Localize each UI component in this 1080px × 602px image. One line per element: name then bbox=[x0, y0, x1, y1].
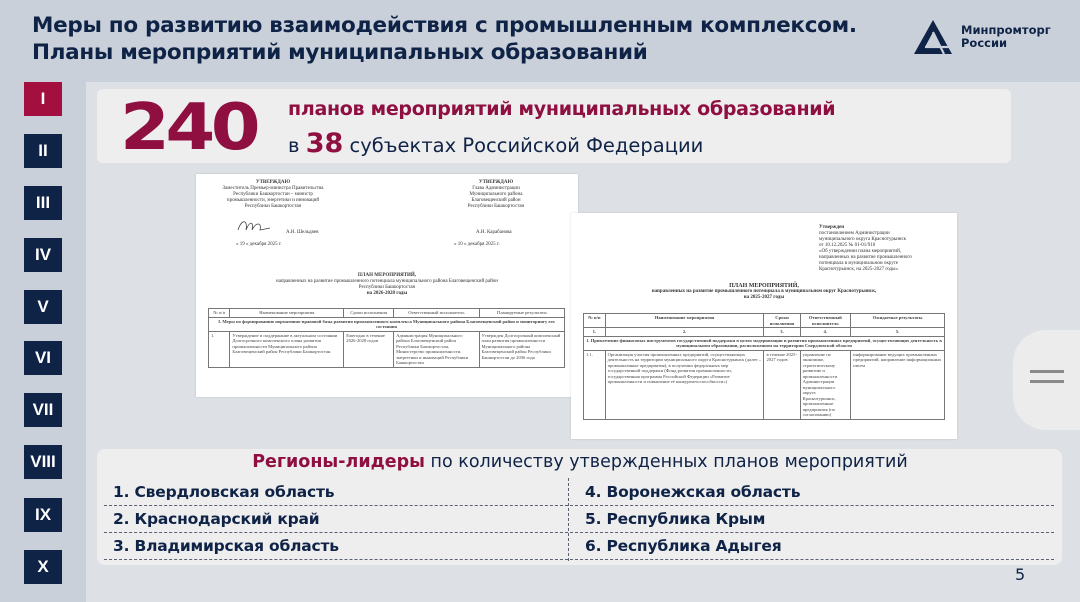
date-left: « 19 » декабря 2025 г. bbox=[236, 242, 282, 248]
table-cell: 5. bbox=[851, 328, 945, 337]
region-item: 2. Краснодарский край bbox=[113, 510, 319, 528]
logo-text: Минпромторг России bbox=[961, 24, 1051, 50]
table-cell: Утвержден Долгосрочный комплексный план … bbox=[479, 331, 564, 367]
table-cell: Ожидаемые результаты bbox=[851, 314, 945, 328]
document-plan-krasnoturinsk: Утвержден постановлением Администрацииму… bbox=[571, 213, 957, 439]
nav-section-3[interactable]: III bbox=[24, 186, 62, 220]
nav-section-7[interactable]: VII bbox=[24, 393, 62, 427]
region-item: 5. Республика Крым bbox=[585, 510, 765, 528]
leaders-title-highlight: Регионы-лидеры bbox=[252, 452, 425, 472]
plan-period: на 2026-2028 годы bbox=[196, 291, 578, 297]
table-cell: в течение 2025-2027 годов bbox=[764, 350, 800, 419]
table-cell: 2. bbox=[605, 328, 764, 337]
logo-line-2: России bbox=[961, 37, 1051, 50]
table-cell: 4. bbox=[800, 328, 851, 337]
table-cell: Сроки исполнения bbox=[344, 309, 394, 318]
signature-left bbox=[234, 218, 274, 239]
divider bbox=[104, 559, 1054, 560]
table-cell: № п/п bbox=[209, 309, 230, 318]
plan-period: на 2025-2027 годы bbox=[571, 295, 957, 301]
page-title: Меры по развитию взаимодействия с промыш… bbox=[32, 12, 857, 66]
stat-caption: планов мероприятий муниципальных образов… bbox=[288, 98, 835, 120]
nav-section-2[interactable]: II bbox=[24, 134, 62, 168]
title-line-2: Планы мероприятий муниципальных образова… bbox=[32, 39, 857, 66]
region-item: 6. Республика Адыгея bbox=[585, 537, 781, 555]
table-cell: 1.1. bbox=[584, 350, 606, 419]
leaders-title: Регионы-лидеры по количеству утвержденны… bbox=[0, 452, 1080, 472]
table-cell: 1. bbox=[584, 328, 606, 337]
approval-right: УТВЕРЖДАЮ Глава АдминистрацииМуниципальн… bbox=[436, 180, 556, 210]
table-cell: Организация участия промышленных предпри… bbox=[605, 350, 764, 419]
table-cell: Планируемые результаты bbox=[479, 309, 564, 318]
approval-line: Республики Башкортостан bbox=[208, 204, 338, 210]
divider bbox=[104, 505, 1054, 506]
table-cell: Наименование мероприятия bbox=[230, 309, 344, 318]
nav-section-1[interactable]: I bbox=[24, 82, 62, 116]
stat-subjects: в 38 субъектах Российской Федерации bbox=[288, 128, 703, 159]
divider bbox=[568, 478, 569, 561]
table-cell: № п/п bbox=[584, 314, 606, 328]
subjects-count: 38 bbox=[306, 128, 344, 159]
page-number: 5 bbox=[1015, 565, 1025, 584]
approval-left: УТВЕРЖДАЮ Заместитель Премьер-министра П… bbox=[208, 180, 338, 210]
stat-suffix: субъектах Российской Федерации bbox=[349, 134, 703, 157]
table-section: I. Меры по формированию нормативно-право… bbox=[209, 317, 565, 331]
approval-lines: Глава АдминистрацииМуниципального района… bbox=[436, 186, 556, 210]
document-plan-bashkortostan: УТВЕРЖДАЮ Заместитель Премьер-министра П… bbox=[196, 174, 578, 397]
plan-table: № п/пНаименование мероприятияСроки испол… bbox=[583, 313, 945, 420]
signer-left: А.Н. Шельдяев bbox=[286, 230, 318, 236]
nav-section-10[interactable]: X bbox=[24, 550, 62, 584]
table-cell: Ежегодно в течение 2026-2028 годов bbox=[344, 331, 394, 367]
table-cell: информирование ведущих промышленных пред… bbox=[851, 350, 945, 419]
approval-lines: Заместитель Премьер-министра Правительст… bbox=[208, 186, 338, 210]
nav-section-6[interactable]: VI bbox=[24, 341, 62, 375]
approval-block: Утвержден постановлением Администрацииму… bbox=[819, 225, 949, 273]
plans-count: 240 bbox=[120, 92, 256, 164]
table-cell: 3. bbox=[764, 328, 800, 337]
approval-lines: постановлением Администрациимуниципально… bbox=[819, 231, 949, 273]
title-line-1: Меры по развитию взаимодействия с промыш… bbox=[32, 12, 857, 39]
logo: Минпромторг России bbox=[914, 20, 1051, 54]
table-cell: Наименование мероприятия bbox=[605, 314, 764, 328]
menu-handle-icon[interactable] bbox=[1030, 370, 1064, 388]
table-cell: Ответственный исполнитель bbox=[800, 314, 851, 328]
region-item: 4. Воронежская область bbox=[585, 483, 800, 501]
table-cell: управление по экономике, стратегическому… bbox=[800, 350, 851, 419]
leaders-title-rest: по количеству утвержденных планов меропр… bbox=[431, 452, 908, 472]
table-cell: 1. bbox=[209, 331, 230, 367]
table-cell: Ответственный исполнитель bbox=[394, 309, 479, 318]
region-item: 1. Свердловская область bbox=[113, 483, 334, 501]
table-cell: Администрация Муниципального района Благ… bbox=[394, 331, 479, 367]
nav-section-9[interactable]: IX bbox=[24, 498, 62, 532]
divider bbox=[104, 532, 1054, 533]
plan-heading: ПЛАН МЕРОПРИЯТИЙ, направленных на развит… bbox=[196, 273, 578, 297]
table-section: 1. Привлечение финансовых инструментов г… bbox=[584, 336, 945, 350]
plan-heading: ПЛАН МЕРОПРИЯТИЙ, направленных на развит… bbox=[571, 283, 957, 301]
date-right: « 10 » декабря 2025 г. bbox=[454, 242, 500, 248]
signer-right: А.Н. Карабанова bbox=[476, 230, 512, 236]
stat-prefix: в bbox=[288, 134, 300, 157]
table-cell: Утверждение и поддержание в актуальном с… bbox=[230, 331, 344, 367]
nav-section-4[interactable]: IV bbox=[24, 238, 62, 272]
approval-line: Республики Башкортостан bbox=[436, 204, 556, 210]
plan-table: № п/пНаименование мероприятияСроки испол… bbox=[208, 308, 565, 368]
region-item: 3. Владимирская область bbox=[113, 537, 339, 555]
table-cell: Сроки исполнения bbox=[764, 314, 800, 328]
nav-section-5[interactable]: V bbox=[24, 290, 62, 324]
minpromtorg-logo-icon bbox=[914, 20, 952, 54]
signature-icon bbox=[234, 218, 274, 236]
approval-line: Краснотурьинск, на 2025-2027 годы» bbox=[819, 267, 949, 273]
